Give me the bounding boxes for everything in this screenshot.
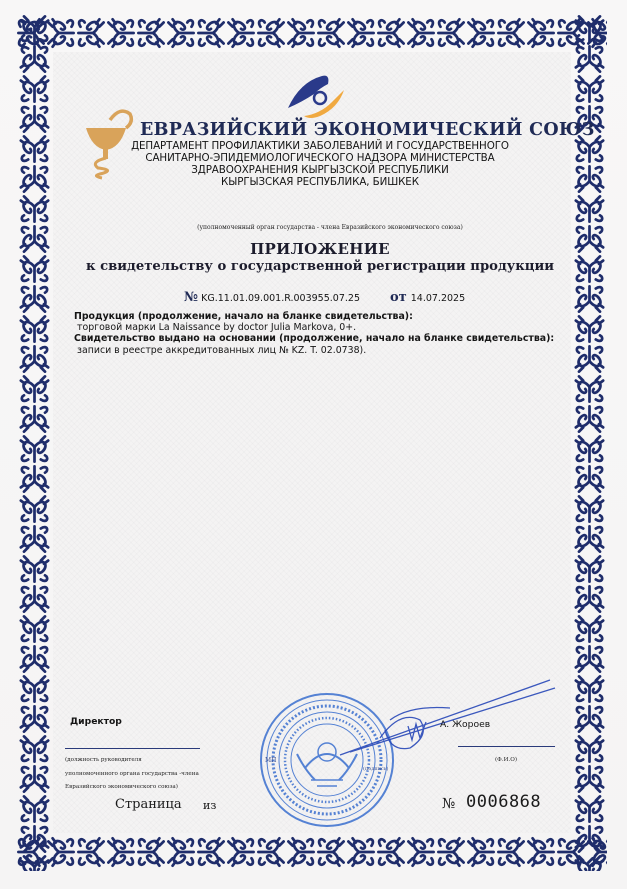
serial-number: 0006868 bbox=[466, 792, 541, 812]
stamp-mp-label: МП bbox=[265, 757, 276, 764]
product-heading: Продукция (продолжение, начало на бланке… bbox=[74, 311, 413, 322]
ornamental-border-bottom bbox=[16, 833, 607, 871]
serial-number-sign: № bbox=[442, 796, 455, 812]
fio-label: (Ф.И.О) bbox=[495, 757, 517, 763]
registration-date: 14.07.2025 bbox=[411, 293, 465, 304]
department-line-1: ДЕПАРТАМЕНТ ПРОФИЛАКТИКИ ЗАБОЛЕВАНИЙ И Г… bbox=[120, 140, 520, 152]
basis-heading: Свидетельство выдано на основании (продо… bbox=[74, 333, 554, 344]
product-text: торговой марки La Naissance by doctor Ju… bbox=[77, 322, 356, 333]
document-title: ПРИЛОЖЕНИЕ bbox=[100, 240, 540, 258]
registration-number: KG.11.01.09.001.R.003955.07.25 bbox=[201, 293, 360, 304]
ornamental-border-top bbox=[16, 14, 607, 52]
department-line-2: САНИТАРНО-ЭПИДЕМИОЛОГИЧЕСКОГО НАДЗОРА МИ… bbox=[120, 152, 520, 164]
ornamental-border-right bbox=[571, 14, 608, 871]
number-sign: № bbox=[184, 290, 198, 305]
signature-icon bbox=[330, 660, 560, 760]
ornamental-border-left bbox=[16, 14, 53, 871]
position-note-line-2: уполномоченного органа государства -член… bbox=[65, 771, 199, 777]
position-signature-line bbox=[65, 748, 200, 749]
stamp-signature-label: (подпись) bbox=[363, 765, 389, 772]
page-of-label: из bbox=[203, 799, 216, 812]
eaeu-emblem-icon bbox=[280, 68, 350, 120]
position-note-line-3: Евразийского экономического союза) bbox=[65, 784, 178, 790]
name-signature-line bbox=[458, 746, 555, 747]
authority-note: (уполномоченный орган государства - член… bbox=[120, 224, 540, 231]
date-label: от bbox=[390, 290, 407, 305]
basis-text: записи в реестре аккредитованных лиц № K… bbox=[77, 345, 366, 356]
document-subtitle: к свидетельству о государственной регист… bbox=[60, 259, 580, 274]
position-label: Директор bbox=[70, 716, 122, 727]
union-name: ЕВРАЗИЙСКИЙ ЭКОНОМИЧЕСКИЙ СОЮЗ bbox=[140, 120, 500, 140]
department-line-4: КЫРГЫЗСКАЯ РЕСПУБЛИКА, БИШКЕК bbox=[120, 176, 520, 188]
page-label: Страница bbox=[115, 797, 182, 812]
department-line-3: ЗДРАВООХРАНЕНИЯ КЫРГЫЗСКОЙ РЕСПУБЛИКИ bbox=[120, 164, 520, 176]
signer-name: А. Жороев bbox=[440, 719, 490, 730]
registration-line: №KG.11.01.09.001.R.003955.07.25от14.07.2… bbox=[184, 286, 465, 305]
position-note-line-1: (должность руководителя bbox=[65, 757, 142, 763]
